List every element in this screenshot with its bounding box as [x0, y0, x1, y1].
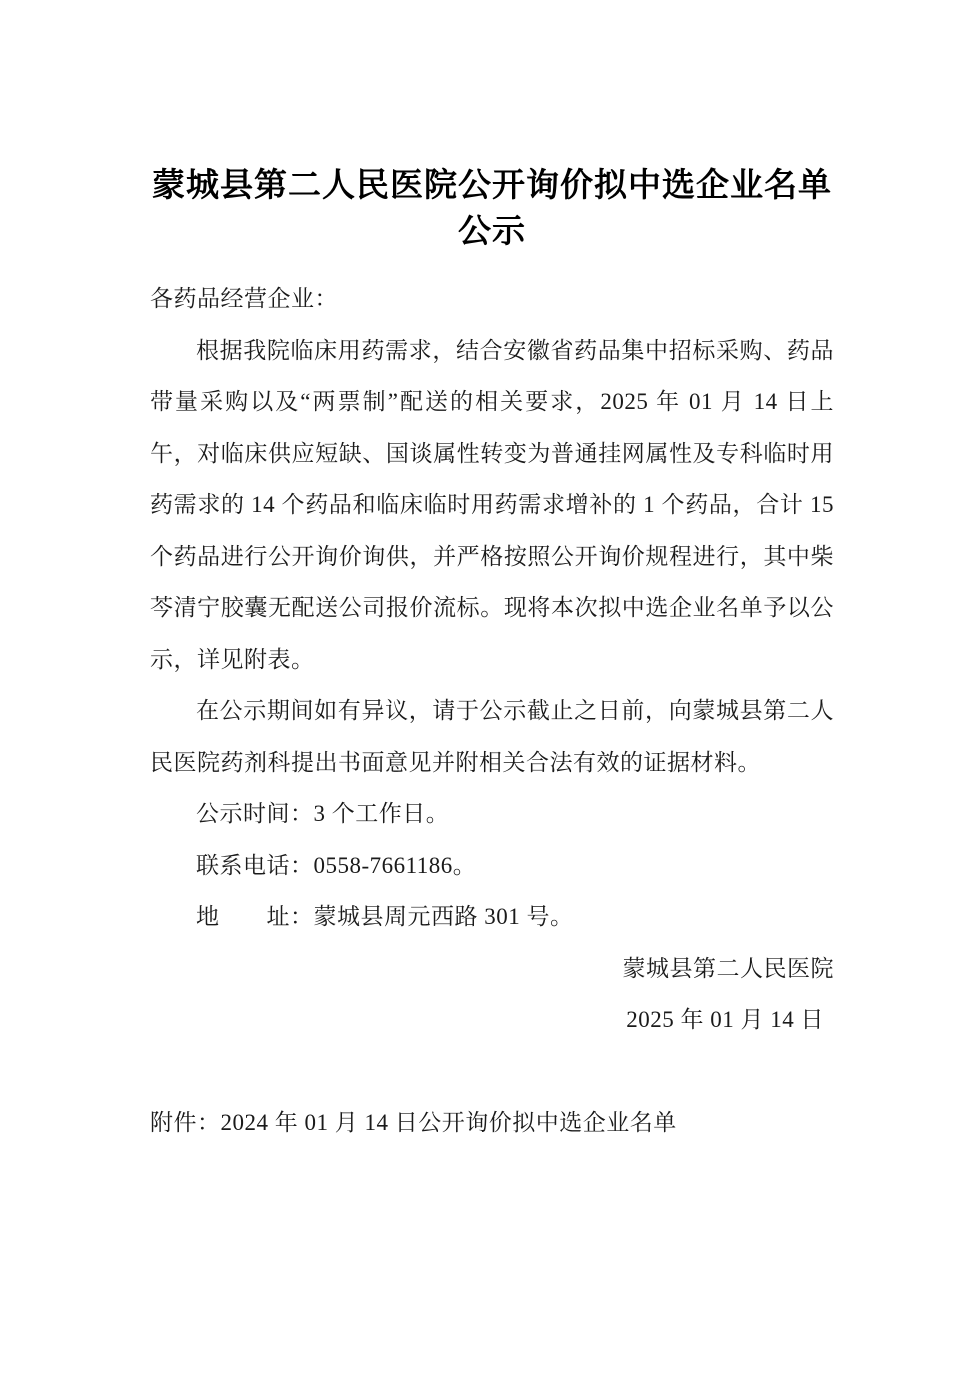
body-paragraph-1: 根据我院临床用药需求，结合安徽省药品集中招标采购、药品带量采购以及“两票制”配送… — [150, 325, 834, 686]
body-paragraph-2: 在公示期间如有异议，请于公示截止之日前，向蒙城县第二人民医院药剂科提出书面意见并… — [150, 685, 834, 788]
address-line: 地 址：蒙城县周元西路 301 号。 — [150, 891, 834, 943]
attachment-line: 附件：2024 年 01 月 14 日公开询价拟中选企业名单 — [150, 1097, 834, 1149]
publicity-period-line: 公示时间：3 个工作日。 — [150, 788, 834, 840]
contact-phone-line: 联系电话：0558-7661186。 — [150, 840, 834, 892]
document-page: 蒙城县第二人民医院公开询价拟中选企业名单公示 各药品经营企业： 根据我院临床用药… — [0, 0, 980, 1386]
salutation-line: 各药品经营企业： — [150, 273, 834, 325]
signature-date: 2025 年 01 月 14 日 — [150, 994, 834, 1046]
blank-line — [150, 1046, 834, 1098]
signature-name: 蒙城县第二人民医院 — [150, 943, 834, 995]
document-content: 蒙城县第二人民医院公开询价拟中选企业名单公示 各药品经营企业： 根据我院临床用药… — [150, 163, 834, 1149]
document-title: 蒙城县第二人民医院公开询价拟中选企业名单公示 — [150, 163, 834, 255]
